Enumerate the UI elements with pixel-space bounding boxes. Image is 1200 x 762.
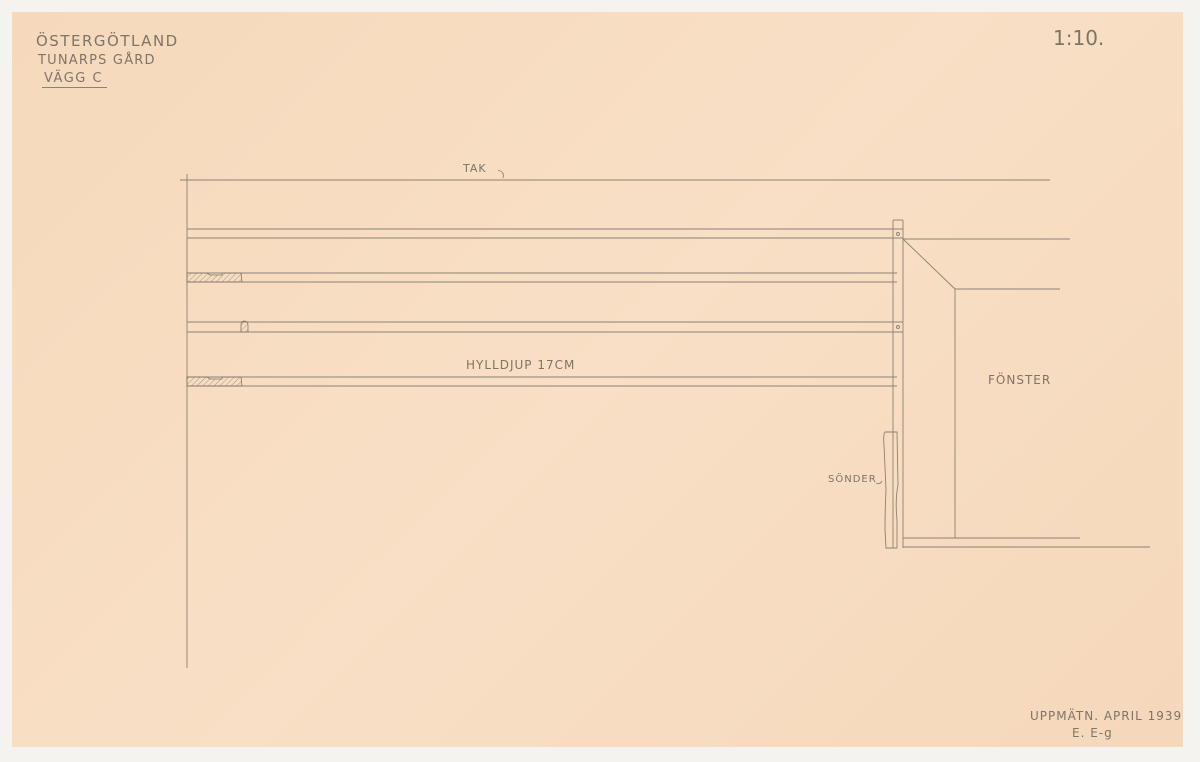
ceiling-label: TAK [463, 162, 487, 175]
window-label: FÖNSTER [988, 373, 1051, 387]
broken-label: SÖNDER [828, 474, 877, 485]
title-region: ÖSTERGÖTLAND [36, 32, 179, 50]
measured-date: UPPMÄTN. APRIL 1939 [1030, 709, 1182, 723]
title-farm: TUNARPS GÅRD [38, 53, 156, 68]
shelf-depth-label: HYLLDJUP 17CM [466, 358, 575, 372]
author-initials: E. E-g [1072, 726, 1113, 740]
scale-label: 1:10. [1053, 26, 1104, 50]
title-wall: VÄGG C [42, 71, 107, 88]
